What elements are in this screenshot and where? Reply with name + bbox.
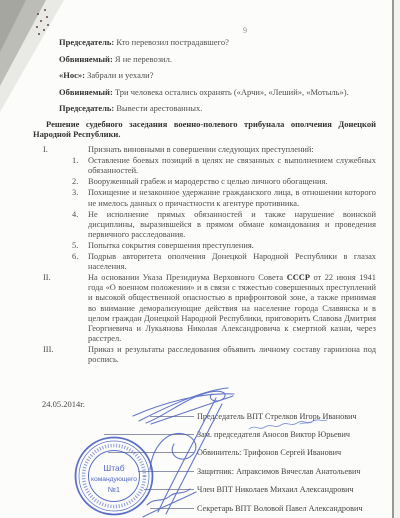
speaker-label: Обвиняемый: (59, 87, 113, 97)
round-stamp: Штаб командующего №1 (66, 434, 162, 518)
stamp-text-line3: №1 (108, 485, 120, 494)
signature-line (150, 416, 194, 417)
stamp-text-line1: Штаб (103, 463, 124, 473)
item-number: 1. (72, 156, 78, 166)
scanned-document-page: 9 Председатель: Кто перевозил пострадавш… (0, 0, 400, 518)
signatory: Секретарь ВПТ Воловой Павел Александрови… (197, 504, 362, 513)
signature-row: Член ВПТ Николаев Михаил Александрович (150, 486, 394, 494)
decision-heading: Решение судебного заседания военно-полев… (33, 119, 376, 141)
document-date: 24.05.2014г. (42, 399, 85, 409)
document-body: Председатель: Кто перевозил пострадавшег… (33, 36, 376, 366)
item-text: Признать виновными в совершении следующи… (88, 145, 314, 154)
crime-item: 1. Оставление боевых позиций в целях не … (33, 156, 376, 176)
signatory: Член ВПТ Николаев Михаил Александрович (197, 485, 354, 494)
scan-right-edge (393, 0, 400, 518)
roman-numeral: I. (43, 145, 48, 155)
dialogue-text: Вывести арестованных. (116, 103, 202, 113)
bold-word: СССР (287, 273, 310, 282)
item-text: Оставление боевых позиций в целях не свя… (88, 156, 376, 175)
signatory: Председатель ВПТ Стрелков Игорь Иванович (197, 412, 357, 421)
item-number: 6. (72, 252, 78, 262)
signature-row: Обвинитель: Трифонов Сергей Иванович (150, 449, 394, 457)
signatory: Защитник: Апраксимов Вячеслав Анатольеви… (197, 467, 361, 476)
crime-item: 5. Попытка сокрытия совершения преступле… (33, 241, 376, 251)
roman-numeral: II. (43, 273, 51, 283)
item-number: 5. (72, 241, 78, 251)
speaker-label: Председатель: (59, 103, 114, 113)
dialogue-text: Забрали и уехали? (87, 70, 153, 80)
decision-item-3: III. Приказ и результаты расследования о… (33, 345, 376, 365)
item-text: Попытка сокрытия совершения преступления… (88, 241, 254, 250)
speaker-label: Обвиняемый: (59, 54, 113, 64)
item-number: 2. (72, 177, 78, 187)
signatory: Зам. председателя Аносов Виктор Юрьевич (197, 430, 350, 439)
page-number: 9 (243, 26, 247, 35)
stamp-text-line2: командующего (91, 476, 137, 483)
item-text: от 22 июня 1941 года «О военном положени… (88, 273, 376, 343)
dialogue-paragraph: Обвиняемый: Я не перевозил. (33, 53, 376, 66)
item-text: Похищение и незаконное удержание граждан… (88, 188, 376, 207)
dialogue-text: Кто перевозил пострадавшего? (116, 37, 229, 47)
item-text: Вооруженный грабеж и мародерство с целью… (88, 177, 327, 186)
signature-row: Председатель ВПТ Стрелков Игорь Иванович (150, 412, 394, 420)
dialogue-paragraph: Председатель: Кто перевозил пострадавшег… (33, 36, 376, 49)
signature-row: Защитник: Апраксимов Вячеслав Анатольеви… (150, 467, 394, 475)
signature-row: Зам. председателя Аносов Виктор Юрьевич (150, 430, 394, 438)
roman-numeral: III. (43, 345, 53, 355)
signatory: Обвинитель: Трифонов Сергей Иванович (197, 448, 341, 457)
crime-item: 3. Похищение и незаконное удержание граж… (33, 188, 376, 208)
item-text: Подрыв авторитета ополчения Донецкой Нар… (88, 252, 376, 271)
dialogue-paragraph: Обвиняемый: Три человека остались охраня… (33, 86, 376, 99)
item-text: Не исполнение прямых обязанностей и такж… (88, 210, 376, 239)
speaker-label: Председатель: (59, 37, 114, 47)
decision-list: I. Признать виновными в совершении следу… (33, 145, 376, 365)
item-text: Приказ и результаты расследования объяви… (88, 345, 376, 364)
crime-item: 4. Не исполнение прямых обязанностей и т… (33, 210, 376, 240)
dialogue-paragraph: «Нос»: Забрали и уехали? (33, 69, 376, 82)
decision-item-2: II. На основании Указа Президиума Верхов… (33, 273, 376, 344)
item-number: 3. (72, 188, 78, 198)
item-text: На основании Указа Президиума Верховного… (88, 273, 287, 282)
speaker-label: «Нос»: (59, 70, 85, 80)
dialogue-paragraph: Председатель: Вывести арестованных. (33, 102, 376, 115)
decision-item-1: I. Признать виновными в совершении следу… (33, 145, 376, 155)
signature-row: Секретарь ВПТ Воловой Павел Александрови… (150, 504, 394, 512)
signature-block: Председатель ВПТ Стрелков Игорь Иванович… (150, 412, 394, 518)
dialogue-text: Три человека остались охранять («Арчи», … (115, 87, 349, 97)
dialogue-text: Я не перевозил. (115, 54, 172, 64)
item-number: 4. (72, 210, 78, 220)
crime-item: 2. Вооруженный грабеж и мародерство с це… (33, 177, 376, 187)
crime-item: 6. Подрыв авторитета ополчения Донецкой … (33, 252, 376, 272)
